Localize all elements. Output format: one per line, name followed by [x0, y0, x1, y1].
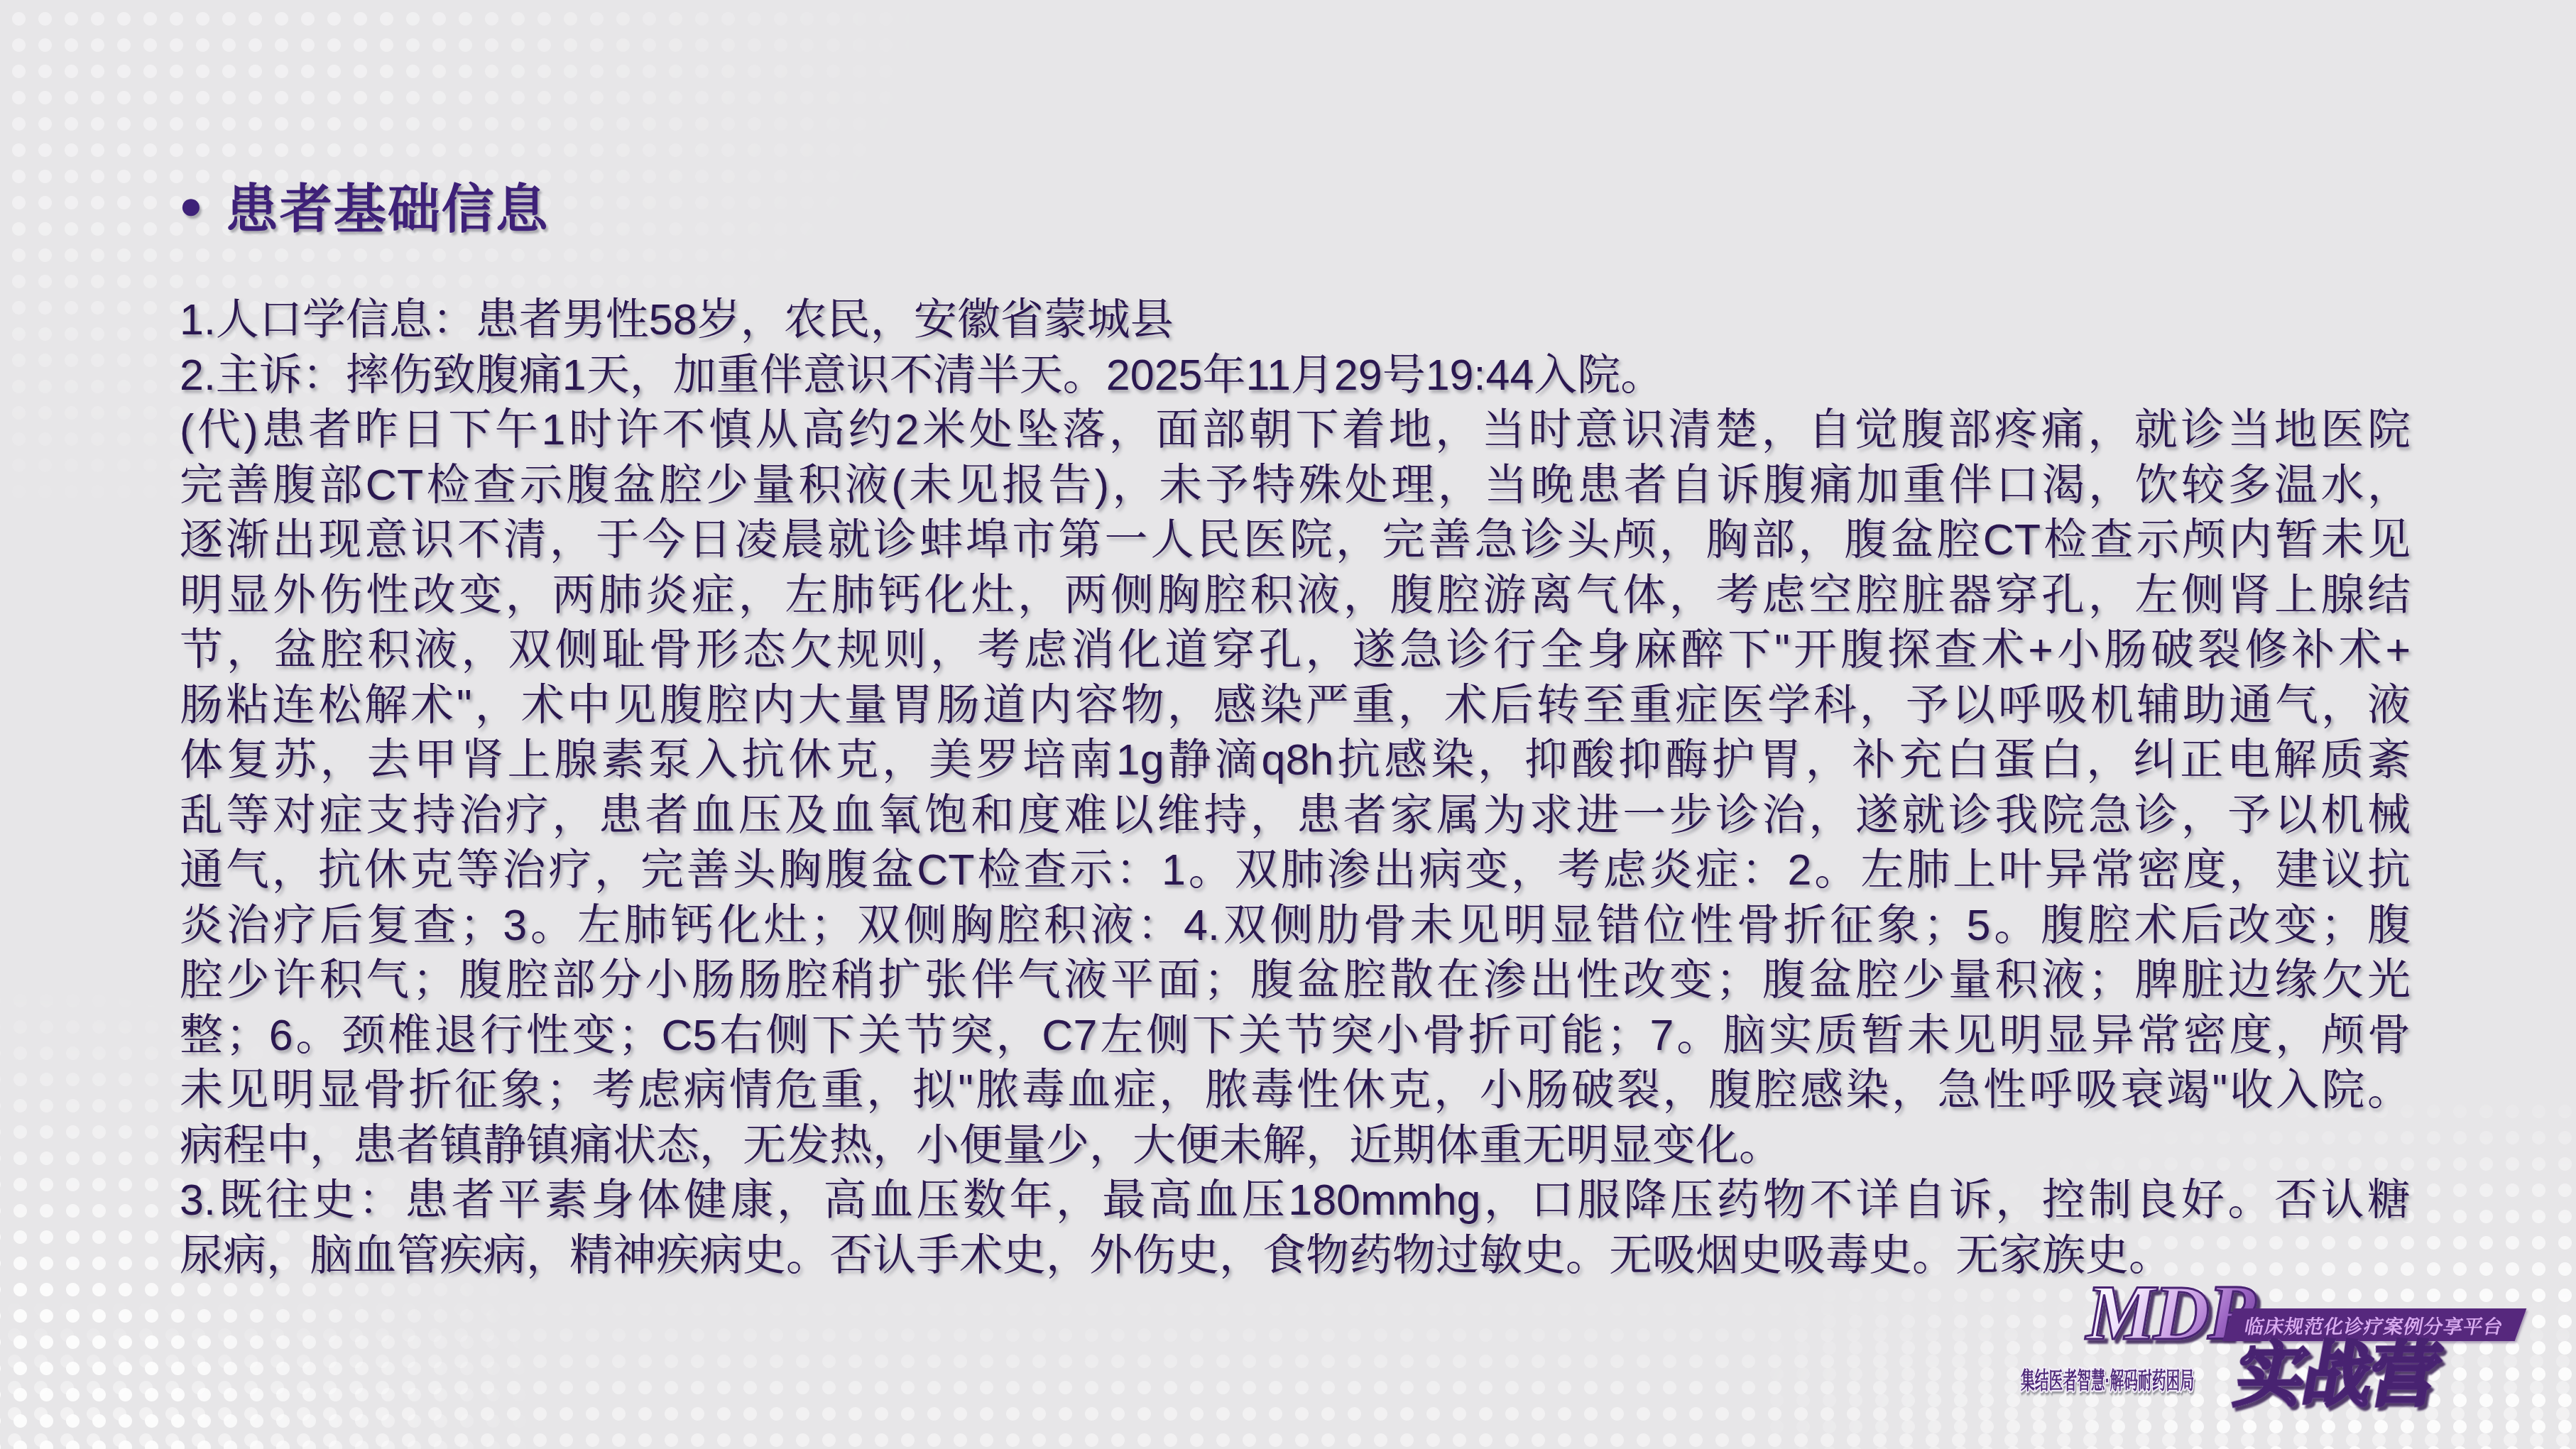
page-title: 患者基础信息 [226, 168, 550, 243]
body-line: 明显外伤性改变，两肺炎症，左肺钙化灶，两侧胸腔积液，腹腔游离气体，考虑空腔脏器穿… [180, 568, 2411, 623]
body-line: 腔少许积气；腹腔部分小肠肠腔稍扩张伴气液平面；腹盆腔散在渗出性改变；腹盆腔少量积… [180, 953, 2411, 1008]
body-line: 整；6。颈椎退行性变；C5右侧下关节突，C7左侧下关节突小骨折可能；7。脑实质暂… [180, 1008, 2411, 1063]
mdr-logo: MDR 临床规范化诊疗案例分享平台 实战营 集结医者智慧·解码耐药困局 [2016, 1269, 2576, 1443]
body-line: 体复苏，去甲肾上腺素泵入抗休克，美罗培南1g静滴q8h抗感染，抑酸抑酶护胃，补充… [180, 733, 2411, 788]
patient-info-text: 1.人口学信息：患者男性58岁，农民，安徽省蒙城县 2.主诉：摔伤致腹痛1天，加… [180, 292, 2411, 1283]
body-line: 2.主诉：摔伤致腹痛1天，加重伴意识不清半天。2025年11月29号19:44入… [180, 348, 2411, 403]
body-line: 节，盆腔积液，双侧耻骨形态欠规则，考虑消化道穿孔，遂急诊行全身麻醉下"开腹探查术… [180, 623, 2411, 678]
body-line: 逐渐出现意识不清，于今日凌晨就诊蚌埠市第一人民医院，完善急诊头颅，胸部，腹盆腔C… [180, 513, 2411, 568]
body-line: 未见明显骨折征象；考虑病情危重，拟"脓毒血症，脓毒性休克，小肠破裂，腹腔感染，急… [180, 1063, 2411, 1118]
mdr-camp-text: 实战营 [2230, 1339, 2443, 1412]
mdr-tagline-text: 临床规范化诊疗案例分享平台 [2242, 1311, 2506, 1339]
body-line: 肠粘连松解术"，术中见腹腔内大量胃肠道内容物，感染严重，术后转至重症医学科，予以… [180, 678, 2411, 733]
body-line: 乱等对症支持治疗，患者血压及血氧饱和度难以维持，患者家属为求进一步诊治，遂就诊我… [180, 788, 2411, 843]
body-line: (代)患者昨日下午1时许不慎从高约2米处坠落，面部朝下着地，当时意识清楚，自觉腹… [180, 403, 2411, 458]
section-header: ● 患者基础信息 [179, 168, 550, 243]
bullet-icon: ● [179, 185, 203, 225]
body-line: 3.既往史：患者平素身体健康，高血压数年，最高血压180mmhg，口服降压药物不… [180, 1173, 2411, 1228]
mdr-slogan-text: 集结医者智慧·解码耐药困局 [2021, 1369, 2194, 1392]
body-line: 病程中，患者镇静镇痛状态，无发热，小便量少，大便未解，近期体重无明显变化。 [180, 1118, 2411, 1174]
body-line: 1.人口学信息：患者男性58岁，农民，安徽省蒙城县 [180, 292, 2411, 348]
presentation-slide: ● 患者基础信息 1.人口学信息：患者男性58岁，农民，安徽省蒙城县 2.主诉：… [0, 0, 2576, 1449]
body-line: 炎治疗后复查；3。左肺钙化灶；双侧胸腔积液：4.双侧肋骨未见明显错位性骨折征象；… [180, 898, 2411, 953]
body-line: 完善腹部CT检查示腹盆腔少量积液(未见报告)，未予特殊处理，当晚患者自诉腹痛加重… [180, 458, 2411, 513]
body-line: 通气，抗休克等治疗，完善头胸腹盆CT检查示：1。双肺渗出病变，考虑炎症：2。左肺… [180, 843, 2411, 898]
